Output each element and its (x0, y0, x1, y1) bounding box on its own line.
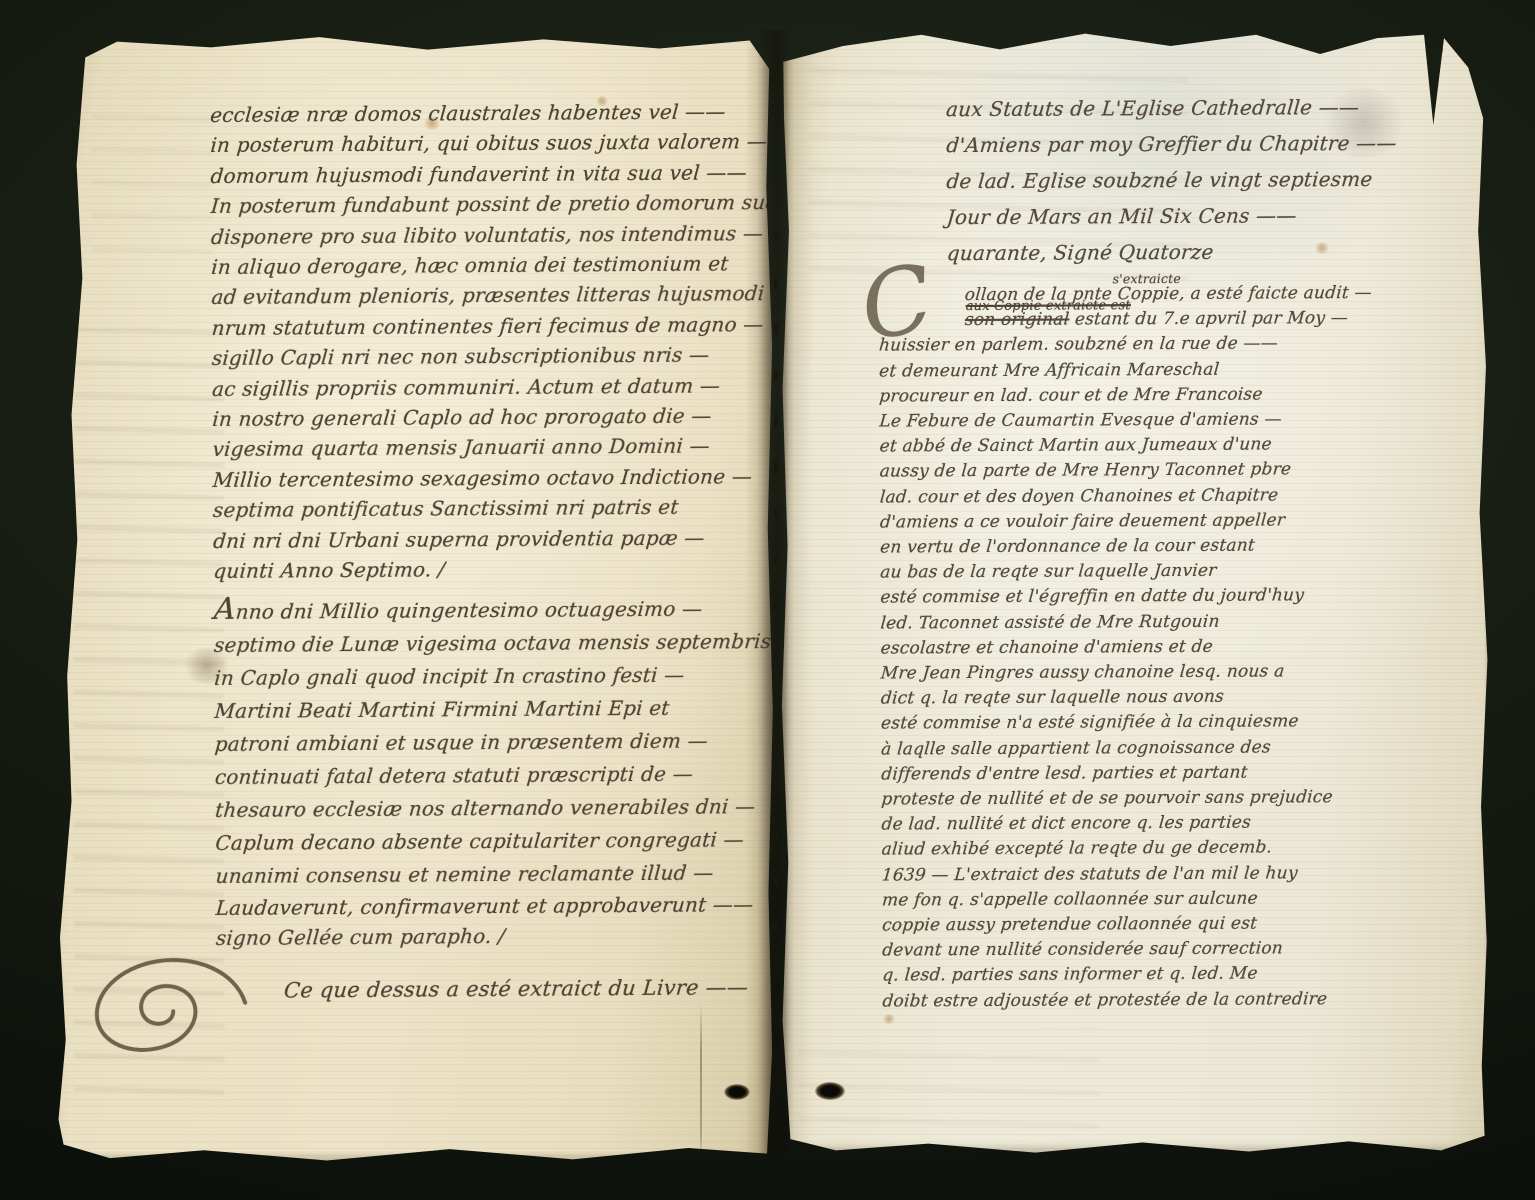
right-page-text: aux Statuts de L'Eglise Cathedralle —— d… (877, 89, 1457, 1015)
page-bottom-edge (779, 1142, 1491, 1156)
text-line: dict q. la reqte sur laquelle nous avons (880, 684, 1457, 712)
text-line: coppie aussy pretendue collaonnée qui es… (881, 911, 1458, 939)
text-line: In posterum fundabunt possint de pretio … (210, 187, 772, 221)
text-line: aux Statuts de L'Eglise Cathedralle —— (945, 88, 1455, 127)
text-line: unanimi consensu et nemine reclamante il… (214, 856, 777, 893)
text-line: sigillo Capli nri nec non subscriptionib… (211, 339, 773, 373)
text-line: dni nri dni Urbani superna providentia p… (212, 522, 774, 556)
binding-stitches (774, 233, 778, 953)
text-line: Laudaverunt, confirmaverunt et approbave… (215, 889, 777, 923)
text-line: lad. cour et des doyen Chanoines et Chap… (879, 482, 1456, 510)
page-bottom-edge (52, 1151, 775, 1165)
deckle-edge (1475, 28, 1491, 1156)
manuscript-spread-photo: ecclesiæ nræ domos claustrales habentes … (0, 0, 1535, 1200)
text-line: Caplum decano absente capitulariter cong… (214, 823, 777, 860)
text-line: Jour de Mars an Mil Six Cens —— (945, 196, 1455, 235)
text-line: Le Febure de Caumartin Evesque d'amiens … (878, 407, 1455, 435)
text-line: à laqlle salle appartient la cognoissanc… (880, 734, 1457, 762)
text-line: quinti Anno Septimo. / (212, 552, 774, 586)
spiral-flourish (85, 950, 256, 1061)
text-line: et abbé de Sainct Martin aux Jumeaux d'u… (879, 432, 1456, 460)
text-line: septima pontificatus Sanctissimi nri pat… (212, 491, 774, 525)
deckle-edge (52, 28, 68, 1165)
text-line: in posterum habituri, qui obitus suos ju… (209, 126, 771, 160)
text-line: Martini Beati Martini Firmini Martini Ep… (213, 691, 776, 728)
text-line: me fon q. s'appelle collaonnée sur aulcu… (881, 885, 1458, 913)
text-line: nrum statutum continentes fieri fecimus … (211, 309, 773, 343)
text-line: 1639 — L'extraict des statuts de l'an mi… (881, 860, 1458, 888)
text-line: d'amiens a ce vouloir faire deuement app… (879, 507, 1456, 535)
text-line: thesauro ecclesiæ nos alternando venerab… (214, 790, 777, 827)
text-line: son original estant du 7.e apvril par Mo… (878, 306, 1455, 334)
gutter-shadow (779, 28, 813, 1156)
text-line: quarante, Signé Quatorze (946, 232, 1456, 271)
bleed-through-text (92, 88, 212, 268)
text-line: Anno dni Millio quingentesimo octuagesim… (213, 589, 776, 629)
text-line: procureur en lad. cour et de Mre Francoi… (878, 381, 1455, 409)
text-line: de lad. Eglise soubzné le vingt septiesm… (945, 160, 1455, 199)
text-line: q. lesd. parties sans informer et q. led… (881, 961, 1458, 989)
left-page-text: ecclesiæ nræ domos claustrales habentes … (209, 96, 775, 1002)
text-line: esté commise et l'égreffin en datte du j… (879, 583, 1456, 611)
text-line: differends d'entre lesd. parties et part… (880, 759, 1457, 787)
collation-paragraph: C s'extraicte aux Coppie extraicte est o… (878, 280, 1457, 1014)
text-line: esté commise n'a esté signifiée à la cin… (880, 709, 1457, 737)
text-line: led. Taconnet assisté de Mre Rutgouin (879, 608, 1456, 636)
foxing-stain (883, 1014, 895, 1024)
left-page: ecclesiæ nræ domos claustrales habentes … (52, 28, 775, 1165)
text-line: patroni ambiani et usque in præsentem di… (213, 724, 776, 761)
wormhole-spot (1431, 44, 1443, 56)
latin-paragraph-3: Laudaverunt, confirmaverunt et approbave… (214, 889, 774, 953)
struck-text: son original (964, 310, 1070, 331)
text-line: domorum hujusmodi fundaverint in vita su… (209, 157, 771, 191)
paper-crack (700, 1003, 702, 1163)
text-line: continuati fatal detera statuti præscrip… (214, 757, 777, 794)
text-line: proteste de nullité et de se pourvoir sa… (880, 785, 1457, 813)
text-line: en vertu de l'ordonnance de la cour esta… (879, 533, 1456, 561)
closing-line: Ce que dessus a esté extraict du Livre —… (283, 975, 777, 1002)
text-line: signo Gellée cum parapho. / (215, 919, 777, 953)
text-line: huissier en parlem. soubzné en la rue de… (878, 331, 1455, 359)
text-line: in aliquo derogare, hæc omnia dei testim… (210, 248, 772, 282)
text-line: aliud exhibé excepté la reqte du ge dece… (881, 835, 1458, 863)
attestation-block: aux Statuts de L'Eglise Cathedralle —— d… (877, 89, 1453, 272)
text-line: devant une nullité considerée sauf corre… (881, 936, 1458, 964)
text-line: vigesima quarta mensis Januarii anno Dom… (211, 430, 773, 464)
text-line: Millio tercentesimo sexagesimo octavo In… (212, 461, 774, 495)
latin-paragraph-1: ecclesiæ nræ domos claustrales habentes … (209, 96, 772, 586)
text-line: doibt estre adjoustée et protestée de la… (881, 986, 1458, 1014)
text-line: Mre Jean Pingres aussy chanoine lesq. no… (880, 659, 1457, 687)
wormhole-spot (724, 1084, 750, 1100)
closing-row: Ce que dessus a esté extraict du Livre —… (215, 975, 775, 1003)
text-line: escolastre et chanoine d'amiens et de (880, 633, 1457, 661)
text-line: de lad. nullité et dict encore q. les pa… (880, 810, 1457, 838)
text-after-strike: estant du 7.e apvril par Moy — (1068, 308, 1348, 329)
foxing-stain (648, 30, 674, 48)
text-line: in nostro generali Caplo ad hoc prorogat… (211, 400, 773, 434)
text-line: ad evitandum plenioris, præsentes litter… (210, 278, 772, 312)
wormhole-spot (815, 1082, 845, 1100)
text-line: ecclesiæ nræ domos claustrales habentes … (209, 96, 771, 130)
text-line: et demeurant Mre Affricain Mareschal (878, 356, 1455, 384)
text-line: ac sigillis propriis communiri. Actum et… (211, 370, 773, 404)
latin-paragraph-2: Anno dni Millio quingentesimo octuagesim… (212, 589, 774, 893)
text-line: septimo die Lunæ vigesima octava mensis … (213, 625, 776, 662)
right-page: aux Statuts de L'Eglise Cathedralle —— d… (779, 28, 1491, 1156)
text-line: in Caplo gnali quod incipit In crastino … (213, 658, 776, 695)
text-line: ollaon de la pnte Coppie, a esté faicte … (878, 280, 1455, 308)
text-line: disponere pro sua libito voluntatis, nos… (210, 218, 772, 252)
text-line: aussy de la parte de Mre Henry Taconnet … (879, 457, 1456, 485)
text-line: au bas de la reqte sur laquelle Janvier (879, 558, 1456, 586)
text-line: d'Amiens par moy Greffier du Chapitre —— (945, 124, 1455, 163)
bleed-through-text (799, 1028, 1099, 1138)
